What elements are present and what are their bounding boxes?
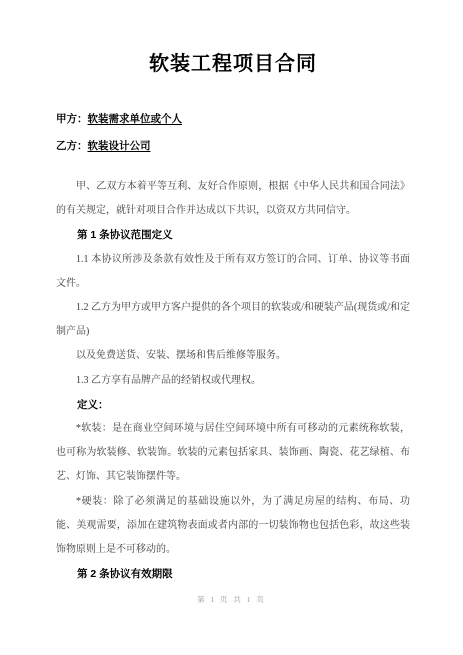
party-b-label: 乙方： xyxy=(56,140,88,152)
clause-1-3: 1.3 乙方享有品牌产品的经销权或代理权。 xyxy=(56,369,410,393)
party-a-label: 甲方： xyxy=(56,113,88,125)
preamble-paragraph: 甲、乙双方本着平等互利、友好合作原则，根据《中华人民共和国合同法》的有关规定，就… xyxy=(56,175,410,223)
party-a-value: 软装需求单位或个人 xyxy=(88,113,183,125)
clause-1-1: 1.1 本协议所涉及条款有效性及于所有双方签订的合同、订单、协议等书面文件。 xyxy=(56,248,410,296)
parties-block: 甲方：软装需求单位或个人 乙方：软装设计公司 xyxy=(56,106,410,160)
document-page: 软装工程项目合同 甲方：软装需求单位或个人 乙方：软装设计公司 甲、乙双方本着平… xyxy=(0,0,463,655)
document-title: 软装工程项目合同 xyxy=(56,0,410,77)
definition-hard-decoration: *硬装：除了必须满足的基础设施以外，为了满足房屋的结构、布局、功能、美观需要，添… xyxy=(56,490,410,563)
document-content: 软装工程项目合同 甲方：软装需求单位或个人 乙方：软装设计公司 甲、乙双方本着平… xyxy=(0,0,463,586)
party-b-line: 乙方：软装设计公司 xyxy=(56,133,410,160)
section2-heading: 第 2 条协议有效期限 xyxy=(56,562,410,586)
party-b-value: 软装设计公司 xyxy=(88,140,151,152)
document-body: 甲、乙双方本着平等互利、友好合作原则，根据《中华人民共和国合同法》的有关规定，就… xyxy=(56,175,410,586)
clause-1-2-continued: 以及免费送货、安装、摆场和售后维修等服务。 xyxy=(56,344,410,368)
definition-soft-decoration: *软装：是在商业空间环境与居住空间环境中所有可移动的元素统称软装，也可称为软装修… xyxy=(56,417,410,490)
party-a-line: 甲方：软装需求单位或个人 xyxy=(56,106,410,133)
page-number-footer: 第 1 页 共 1 页 xyxy=(0,594,463,605)
definitions-heading: 定义： xyxy=(56,393,410,417)
clause-1-2: 1.2 乙方为甲方或甲方客户提供的各个项目的软装或/和硬装产品(现货或/和定制产… xyxy=(56,296,410,344)
section1-heading: 第 1 条协议范围定义 xyxy=(56,223,410,247)
